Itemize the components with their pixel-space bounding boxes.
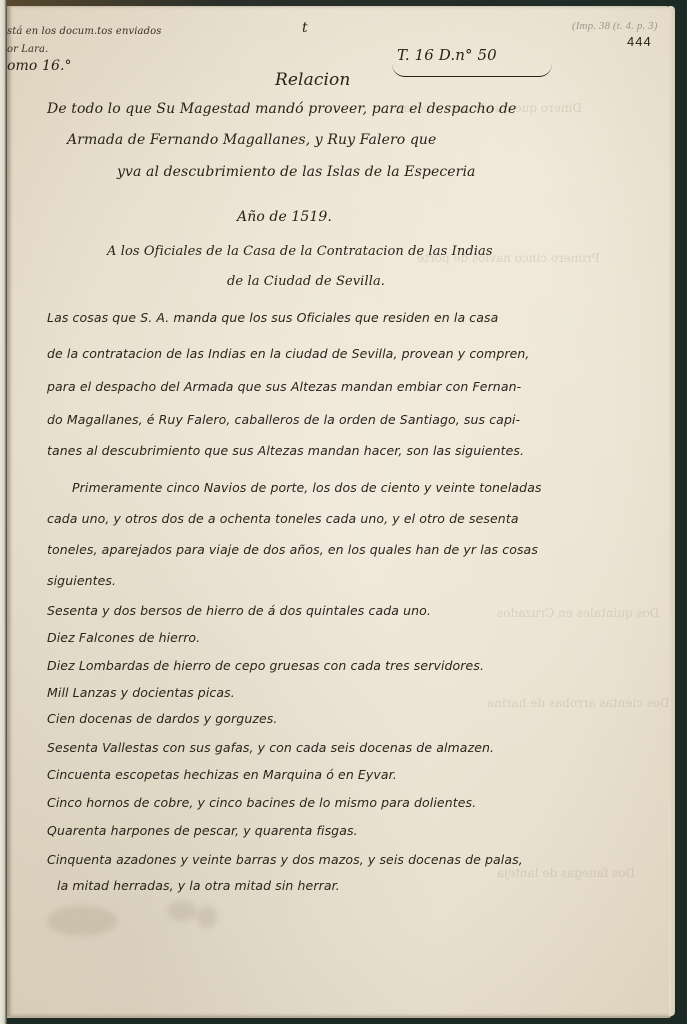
bleed-through-text: Dos fanegas de lanteja [497,866,635,880]
item-line: Cien docenas de dardos y gorguzes. [47,711,278,726]
heading-line-3: yva al descubrimiento de las Islas de la… [117,164,475,180]
manuscript-scan: Dinero que queda mas y cosas Primero cin… [0,0,687,1024]
address-line-2: de la Ciudad de Sevilla. [227,274,385,289]
heading-line-1: De todo lo que Su Magestad mandó proveer… [47,101,516,117]
item-line: Cinquenta azadones y veinte barras y dos… [47,852,523,867]
paper-stain [47,906,117,936]
paragraph-1-line-1: Las cosas que S. A. manda que los sus Of… [47,310,498,325]
paragraph-1-line-4: do Magallanes, é Ruy Falero, caballeros … [47,412,520,427]
reference-underline [392,64,552,77]
last-line: la mitad herradas, y la otra mitad sin h… [57,878,340,893]
paragraph-2-line-1: Primeramente cinco Navios de porte, los … [72,480,542,495]
bleed-through-text: Dos quintales en Cruzados [497,606,660,620]
paragraph-1-line-2: de la contratacion de las Indias en la c… [47,346,529,361]
address-line-1: A los Oficiales de la Casa de la Contrat… [107,244,493,259]
item-line: Sesenta Vallestas con sus gafas, y con c… [47,740,494,755]
paragraph-2-line-4: siguientes. [47,573,116,588]
paragraph-1-line-3: para el despacho del Armada que sus Alte… [47,379,521,394]
binding-edge [0,0,7,1024]
year-line: Año de 1519. [237,209,332,225]
pencil-reference: (Imp. 38 (t. 4. p. 3) [572,20,658,32]
document-title: Relacion [275,70,350,90]
paper-stain [197,906,217,928]
margin-note-line-2: or Lara. [7,44,48,55]
margin-note-line-1: stá en los docum.tos enviados [7,26,161,37]
item-line: Sesenta y dos bersos de hierro de á dos … [47,603,431,618]
item-line: Mill Lanzas y docientas picas. [47,685,235,700]
paper-stain [167,901,197,921]
manuscript-page: Dinero que queda mas y cosas Primero cin… [7,6,672,1018]
margin-note-line-3: omo 16.° [7,58,72,74]
heading-line-2: Armada de Fernando Magallanes, y Ruy Fal… [67,132,436,148]
paragraph-2-line-3: toneles, aparejados para viaje de dos añ… [47,542,538,557]
paragraph-1-line-5: tanes al descubrimiento que sus Altezas … [47,443,524,458]
item-line: Cincuenta escopetas hechizas en Marquina… [47,767,397,782]
item-line: Cinco hornos de cobre, y cinco bacines d… [47,795,476,810]
folio-number: 444 [627,34,652,49]
item-line: Diez Lombardas de hierro de cepo gruesas… [47,658,484,673]
top-center-mark: t [302,20,308,36]
paragraph-2-line-2: cada uno, y otros dos de a ochenta tonel… [47,511,519,526]
item-line: Diez Falcones de hierro. [47,630,200,645]
archive-reference: T. 16 D.n° 50 [397,46,497,64]
item-line: Quarenta harpones de pescar, y quarenta … [47,823,358,838]
bleed-through-text: Dos cientas arrobas de harina [487,696,670,710]
